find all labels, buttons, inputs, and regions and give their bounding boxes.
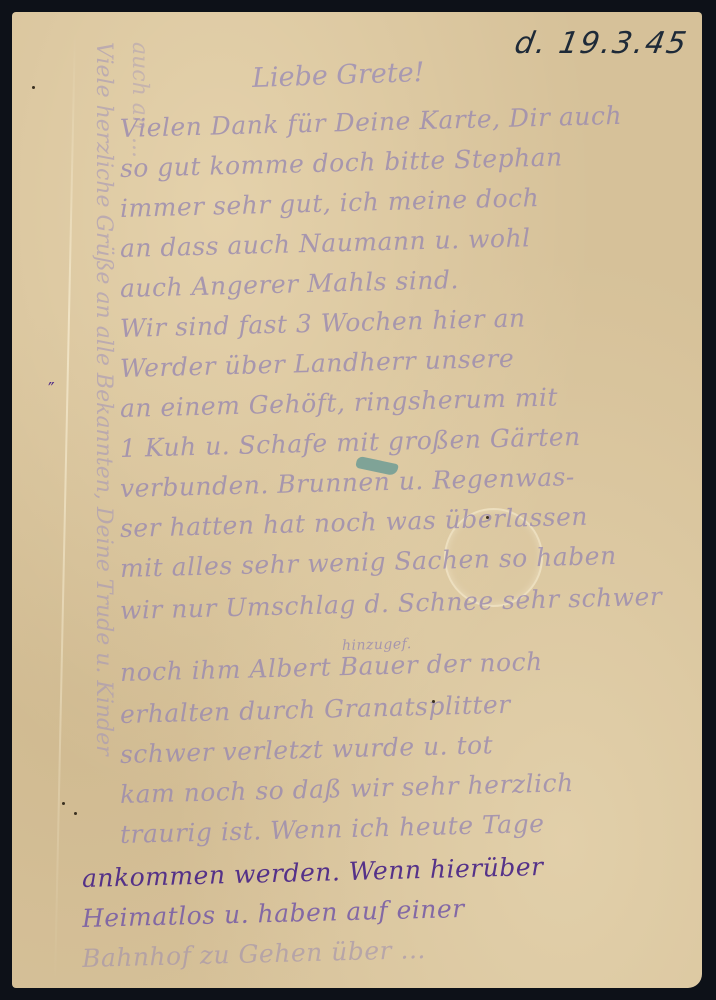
letter-line: traurig ist. Wenn ich heute Tage: [120, 805, 702, 849]
letter-line: immer sehr gut, ich meine doch: [120, 179, 702, 223]
ink-mark: ″: [48, 379, 55, 400]
paper-speck: [74, 812, 77, 815]
paper-speck: [32, 86, 35, 89]
letter-line: an einem Gehöft, ringsherum mit: [120, 379, 702, 423]
letter-line: Werder über Landherr unsere: [120, 339, 702, 383]
letter-line: mit alles sehr wenig Sachen so haben: [120, 539, 702, 583]
letter-line: kam noch so daß wir sehr herzlich: [120, 765, 702, 809]
postcard: d. 19.3.45 Liebe Grete! Vielen Dank für …: [12, 12, 702, 988]
letter-line-ink: ankommen werden. Wenn hierüber: [82, 849, 673, 893]
letter-line: wir nur Umschlag d. Schnee sehr schwer: [120, 581, 702, 625]
letter-line: 1 Kuh u. Schafe mit großen Gärten: [120, 419, 702, 463]
letter-line: Vielen Dank für Deine Karte, Dir auch: [120, 99, 702, 143]
letter-line: Bahnhof zu Gehen über ...: [82, 929, 673, 973]
letter-line: Heimatlos u. haben auf einer: [82, 889, 673, 933]
letter-line: auch Angerer Mahls sind.: [120, 259, 702, 303]
letter-line: ser hatten hat noch was überlassen: [120, 499, 702, 543]
paper-speck: [432, 700, 435, 703]
margin-text: Viele herzliche Grüße an alle Bekannten,…: [91, 42, 116, 988]
salutation: Liebe Grete!: [252, 57, 426, 94]
letter-line: verbunden. Brunnen u. Regenwas-: [120, 459, 702, 503]
letter-line: so gut komme doch bitte Stephan: [120, 139, 702, 183]
paper-speck: [62, 802, 65, 805]
letter-line: Wir sind fast 3 Wochen hier an: [120, 299, 702, 343]
date-annotation: d. 19.3.45: [512, 26, 691, 61]
paper-speck: [486, 516, 489, 519]
margin-text-secondary: auch an ...: [127, 42, 152, 988]
letter-line: an dass auch Naumann u. wohl: [120, 219, 702, 263]
letter-line: schwer verletzt wurde u. tot: [120, 725, 702, 769]
letter-line: erhalten durch Granatsplitter: [120, 685, 702, 729]
paper-fold-crease: [54, 32, 76, 982]
